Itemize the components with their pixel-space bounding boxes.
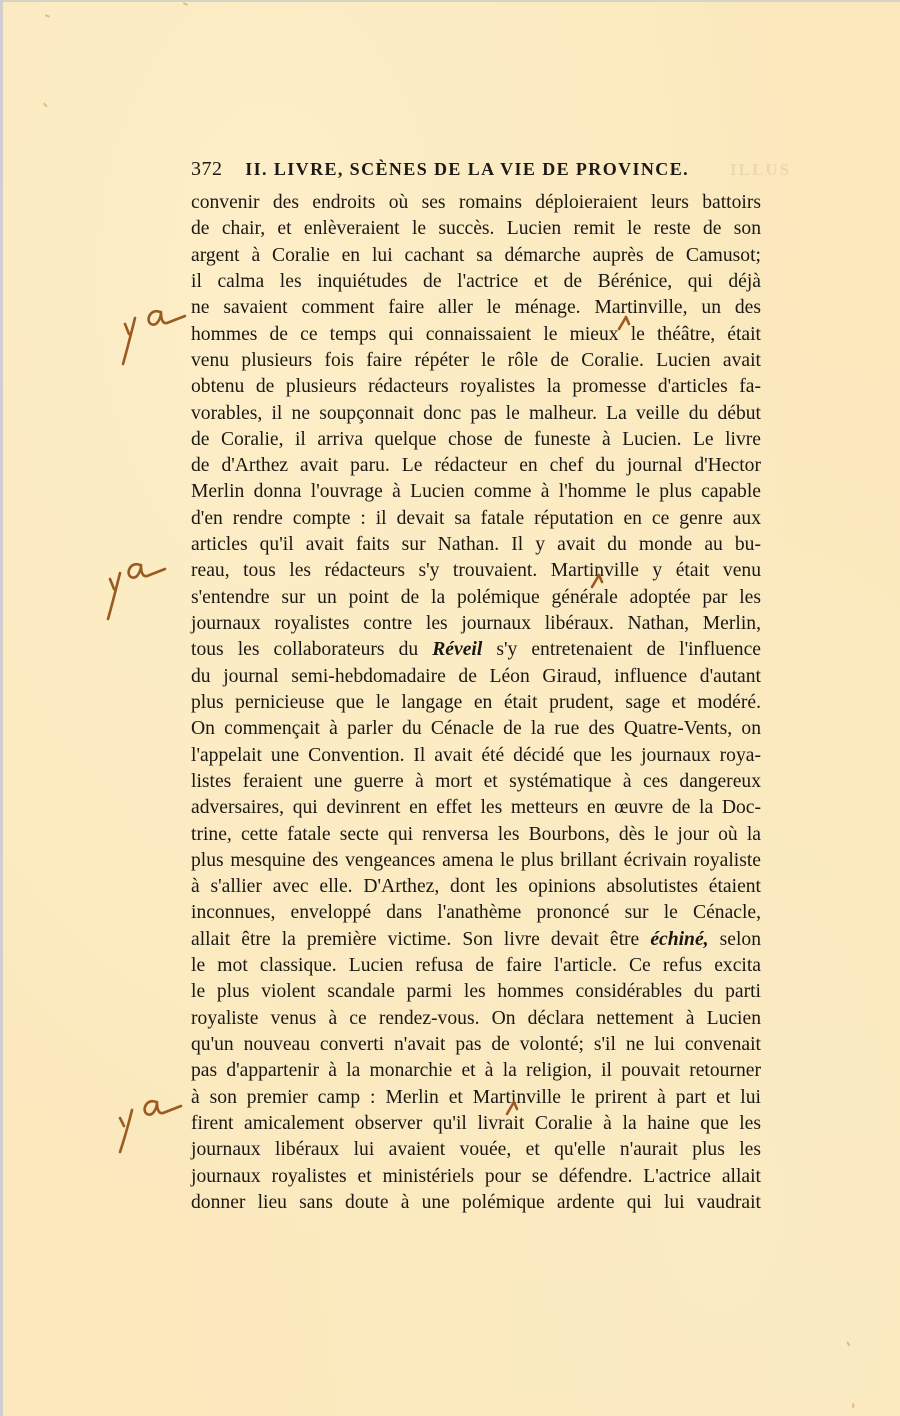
text-line: donner lieu sans doute à une polémique a… — [191, 1190, 761, 1216]
text-line: s'entendre sur un point de la polémique … — [191, 585, 761, 611]
text-line: journaux libéraux lui avaient vouée, et … — [191, 1137, 761, 1163]
text-line: vorables, il ne soupçonnait donc pas le … — [191, 401, 761, 427]
text-line: venu plusieurs fois faire répéter le rôl… — [191, 348, 761, 374]
running-head: 372 II. LIVRE, SCÈNES DE LA VIE DE PROVI… — [191, 158, 761, 181]
text-line: reau, tous les rédacteurs s'y trouvaient… — [191, 558, 761, 584]
text-line: firent amicalement observer qu'il livrai… — [191, 1111, 761, 1137]
paper-speck — [847, 1341, 851, 1346]
text-line: il calma les inquiétudes de l'actrice et… — [191, 269, 761, 295]
text-line: l'appelait une Convention. Il avait été … — [191, 743, 761, 769]
insertion-caret-icon — [589, 570, 609, 590]
text-line: On commençait à parler du Cénacle de la … — [191, 716, 761, 742]
text-line: plus pernicieuse que le langage en était… — [191, 690, 761, 716]
text-line: le plus violent scandale parmi les homme… — [191, 979, 761, 1005]
text-segment: tous les collaborateurs du — [191, 639, 432, 660]
text-line: Merlin donna l'ouvrage à Lucien comme à … — [191, 479, 761, 505]
text-line: à son premier camp : Merlin et Martinvil… — [191, 1085, 761, 1111]
text-line-with-italic: allait être la première victime. Son liv… — [191, 927, 761, 953]
paper-speck — [43, 102, 47, 107]
text-segment: selon — [709, 929, 761, 950]
page-left-edge — [0, 0, 3, 1416]
text-line: à s'allier avec elle. D'Arthez, dont les… — [191, 874, 761, 900]
text-segment: allait être la première victime. Son liv… — [191, 929, 650, 950]
text-line: listes feraient une guerre à mort et sys… — [191, 769, 761, 795]
text-line: d'en rendre compte : il devait sa fatale… — [191, 506, 761, 532]
text-line: journaux royalistes contre les journaux … — [191, 611, 761, 637]
paper-speck — [853, 1403, 855, 1408]
paper-speck — [45, 14, 50, 17]
text-line: convenir des endroits où ses romains dép… — [191, 190, 761, 216]
text-line: de d'Arthez avait paru. Le rédacteur en … — [191, 453, 761, 479]
book-page: ILLUS 372 II. LIVRE, SCÈNES DE LA VIE DE… — [0, 0, 900, 1416]
page-top-edge — [0, 0, 900, 2]
text-line: royaliste venus à ce rendez-vous. On déc… — [191, 1006, 761, 1032]
handwritten-margin-mark-icon — [100, 555, 180, 625]
text-line-with-italic: tous les collaborateurs du Réveil s'y en… — [191, 637, 761, 663]
text-line: le mot classique. Lucien refusa de faire… — [191, 953, 761, 979]
insertion-caret-icon — [616, 312, 636, 332]
text-line: articles qu'il avait faits sur Nathan. I… — [191, 532, 761, 558]
paper-speck — [183, 2, 188, 5]
handwritten-margin-mark-icon — [110, 1090, 190, 1160]
page-number: 372 — [191, 158, 223, 180]
text-line: pas d'appartenir à la monarchie et à la … — [191, 1058, 761, 1084]
text-line: obtenu de plusieurs rédacteurs royaliste… — [191, 374, 761, 400]
text-segment: s'y entretenaient de l'influence — [482, 639, 761, 660]
text-line: qu'un nouveau converti n'avait pas de vo… — [191, 1032, 761, 1058]
insertion-caret-icon — [504, 1097, 524, 1117]
running-head-title: II. LIVRE, SCÈNES DE LA VIE DE PROVINCE. — [245, 159, 689, 179]
text-line: argent à Coralie en lui cachant sa démar… — [191, 243, 761, 269]
italic-title-reveil: Réveil — [432, 639, 482, 660]
body-text: convenir des endroits où ses romains dép… — [191, 190, 761, 1216]
text-line: de Coralie, il arriva quelque chose de f… — [191, 427, 761, 453]
text-line: trine, cette fatale secte qui renversa l… — [191, 822, 761, 848]
text-line: journaux royalistes et ministériels pour… — [191, 1164, 761, 1190]
text-line: adversaires, qui devinrent en effet les … — [191, 795, 761, 821]
text-line: ne savaient comment faire aller le ménag… — [191, 295, 761, 321]
text-line: hommes de ce temps qui connaissaient le … — [191, 322, 761, 348]
handwritten-margin-mark-icon — [115, 300, 195, 370]
text-line: inconnues, enveloppé dans l'anathème pro… — [191, 900, 761, 926]
italic-word-echine: échiné, — [650, 929, 708, 950]
text-line: plus mesquine des vengeances amena le pl… — [191, 848, 761, 874]
text-line: du journal semi-hebdomadaire de Léon Gir… — [191, 664, 761, 690]
text-line: de chair, et enlèveraient le succès. Luc… — [191, 216, 761, 242]
